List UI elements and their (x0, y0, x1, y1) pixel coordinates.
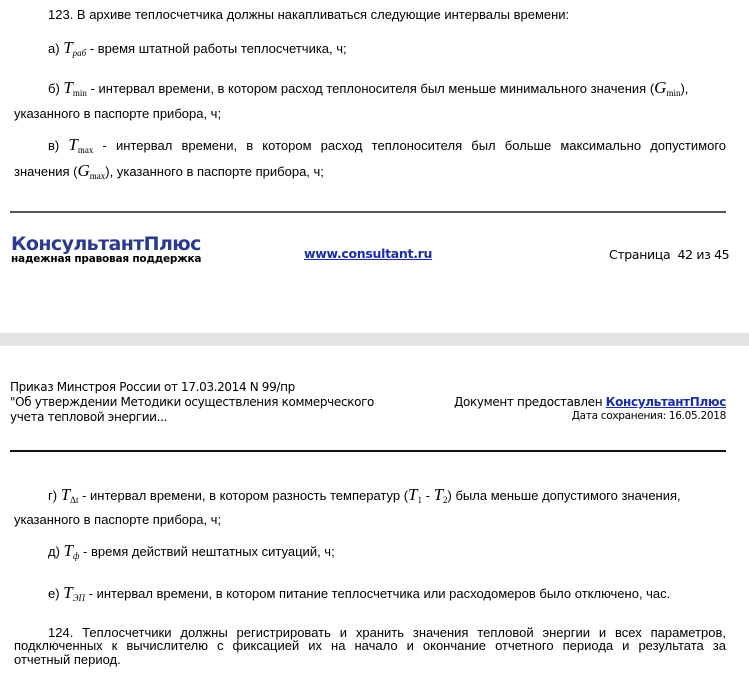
item-marker: г) (48, 488, 57, 503)
t-symbol: T (63, 583, 72, 602)
item-marker: а) (48, 41, 60, 56)
item-a: а) Tраб - время штатной работы теплосчет… (48, 40, 347, 61)
g-subscript: max (90, 171, 106, 181)
p124-text: подключенных к вычислителю с фиксацией и… (14, 638, 726, 654)
t-symbol: T (64, 541, 73, 560)
brand-logo: КонсультантПлюс (11, 233, 201, 255)
item-g-line1: г) TΔt - интервал времени, в котором раз… (48, 487, 681, 508)
g-subscript: min (666, 88, 680, 98)
page-of: из (696, 247, 710, 262)
t-subscript: min (73, 88, 87, 98)
document-title: Приказ Минстроя России от 17.03.2014 N 9… (10, 380, 374, 425)
brand-tagline: надежная правовая поддержка (11, 253, 201, 265)
paragraph-124-line3: отчетный период. (14, 652, 121, 668)
item-b-line1: б) Tmin - интервал времени, в котором ра… (48, 80, 688, 101)
item-text: - время действий нештатных ситуаций, ч; (79, 544, 334, 559)
paragraph-123-intro: 123. В архиве теплосчетчика должны накап… (48, 7, 569, 23)
header-divider (10, 450, 726, 452)
t-symbol: T (63, 78, 72, 97)
saved-date: Дата сохранения: 16.05.2018 (572, 410, 726, 422)
page-total: 45 (714, 247, 729, 262)
t1-symbol: T (408, 485, 417, 504)
footer-divider (10, 211, 726, 213)
footer-brand-block: КонсультантПлюс надежная правовая поддер… (11, 233, 201, 265)
item-text-end: ), (680, 81, 688, 96)
provided-by-label: Документ предоставлен (454, 395, 606, 409)
item-marker: е) (48, 586, 60, 601)
t-subscript: max (78, 145, 94, 155)
website-link[interactable]: www.consultant.ru (304, 246, 432, 261)
item-b-line2: указанного в паспорте прибора, ч; (14, 106, 221, 122)
minus-sign: - (422, 488, 434, 503)
item-text: - интервал времени, в котором питание те… (85, 586, 670, 601)
item-text: - интервал времени, в котором разность т… (78, 488, 408, 503)
doc-title-line: учета тепловой энергии... (10, 410, 374, 425)
item-text-end: ), указанного в паспорте прибора, ч; (105, 164, 324, 179)
g-symbol: G (78, 161, 90, 180)
item-d: д) Tф - время действий нештатных ситуаци… (48, 543, 335, 564)
item-text: - интервал времени, в котором расход теп… (93, 138, 726, 153)
item-v-line2: значения (Gmax), указанного в паспорте п… (14, 163, 324, 184)
t-symbol: T (63, 38, 72, 57)
item-text-end: ) была меньше допустимого значения, (448, 488, 681, 503)
page-counter: Страница 42 из 45 (609, 247, 729, 262)
item-text: - время штатной работы теплосчетчика, ч; (86, 41, 346, 56)
doc-title-line: "Об утверждении Методики осуществления к… (10, 395, 374, 410)
page-current: 42 (678, 247, 693, 262)
page-separator (0, 333, 749, 346)
item-text: значения ( (14, 164, 78, 179)
t-subscript: ЭП (73, 593, 85, 603)
item-e: е) TЭП - интервал времени, в котором пит… (48, 585, 670, 606)
g-symbol: G (654, 78, 666, 97)
paragraph-124-line2: подключенных к вычислителю с фиксацией и… (14, 638, 726, 654)
t-symbol: T (68, 135, 77, 154)
t-subscript: раб (73, 48, 87, 58)
t2-symbol: T (434, 485, 443, 504)
doc-title-line: Приказ Минстроя России от 17.03.2014 N 9… (10, 380, 374, 395)
t-symbol: T (61, 485, 70, 504)
item-marker: д) (48, 544, 60, 559)
item-v-line1: в) Tmax - интервал времени, в котором ра… (48, 137, 726, 158)
consultantplus-link[interactable]: КонсультантПлюс (606, 395, 726, 409)
item-g-line2: указанного в паспорте прибора, ч; (14, 512, 221, 528)
page-label: Страница (609, 247, 670, 262)
item-marker: б) (48, 81, 60, 96)
provided-by: Документ предоставлен КонсультантПлюс (454, 395, 726, 410)
item-marker: в) (48, 138, 59, 153)
item-text: - интервал времени, в котором расход теп… (87, 81, 654, 96)
